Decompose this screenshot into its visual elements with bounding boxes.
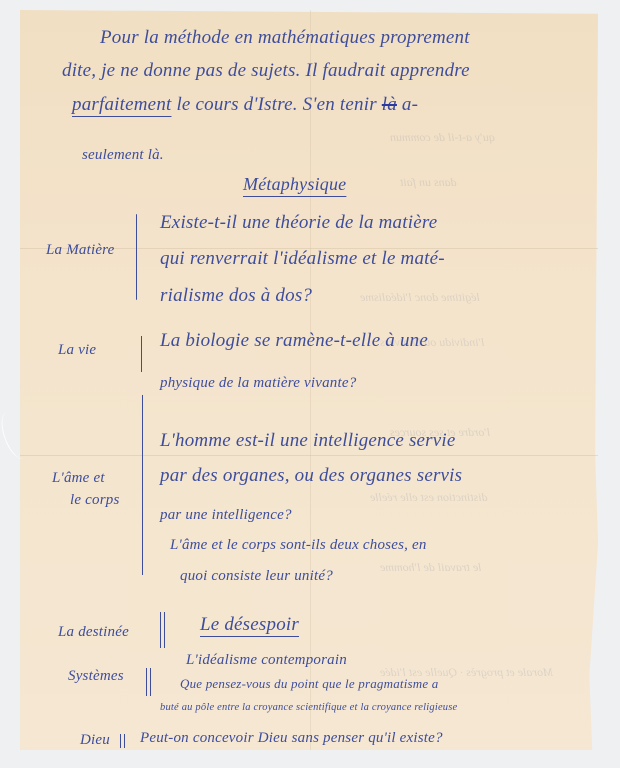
section-label-vie: La vie — [58, 342, 96, 359]
ame-line-4: L'âme et le corps sont-ils deux choses, … — [170, 537, 427, 554]
systemes-line-3: buté au pôle entre la croyance scientifi… — [160, 702, 457, 713]
bleed-through-text: distinction est elle réelle — [370, 490, 488, 505]
double-bar-destinee — [160, 612, 165, 648]
matiere-line-2: qui renverrait l'idéalisme et le maté- — [160, 248, 445, 270]
ame-line-1: L'homme est-il une intelligence servie — [160, 430, 456, 452]
double-bar-systemes — [146, 668, 151, 696]
intro-line-3: parfaitement le cours d'Istre. S'en teni… — [72, 94, 418, 116]
ame-line-5: quoi consiste leur unité? — [180, 568, 333, 585]
intro-line-2: dite, je ne donne pas de sujets. Il faud… — [62, 60, 470, 82]
brace-ame — [142, 395, 143, 575]
bleed-through-text: légitime donc l'idéalisme — [360, 290, 480, 305]
matiere-line-1: Existe-t-il une théorie de la matière — [160, 212, 437, 234]
section-label-ame-line-1: L'âme et — [52, 470, 105, 487]
matiere-line-3: rialisme dos à dos? — [160, 285, 312, 307]
vie-line-1: La biologie se ramène-t-elle à une — [160, 330, 428, 352]
bleed-through-text: le travail de l'homme — [380, 560, 482, 575]
section-label-matiere: La Matière — [46, 242, 115, 259]
brace-matiere — [136, 214, 137, 300]
systemes-line-2: Que pensez-vous du point que le pragmati… — [180, 676, 439, 692]
paper-fold-line — [20, 455, 598, 456]
bleed-through-text: dans un fait — [400, 175, 457, 190]
dieu-line-1: Peut-on concevoir Dieu sans penser qu'il… — [140, 730, 443, 747]
section-label-ame-line-2: le corps — [70, 492, 120, 509]
systemes-line-1: L'idéalisme contemporain — [186, 652, 347, 669]
underlined-word: parfaitement — [72, 94, 172, 115]
ame-line-3: par une intelligence? — [160, 507, 292, 524]
section-label-systemes: Systèmes — [68, 668, 124, 685]
intro-line-4: seulement là. — [82, 147, 164, 164]
intro-line-1: Pour la méthode en mathématiques proprem… — [100, 27, 470, 49]
struck-word: là — [382, 94, 397, 115]
section-label-destinee: La destinée — [58, 624, 129, 641]
ame-line-2: par des organes, ou des organes servis — [160, 465, 462, 487]
bar-vie — [141, 336, 142, 372]
section-heading: Métaphysique — [243, 174, 346, 195]
destinee-line-1: Le désespoir — [200, 614, 299, 636]
bleed-through-text: qu'y a-t-il de commun — [390, 130, 495, 145]
double-bar-dieu — [120, 734, 125, 748]
vie-line-2: physique de la matière vivante? — [160, 375, 356, 392]
section-label-dieu: Dieu — [80, 732, 110, 749]
